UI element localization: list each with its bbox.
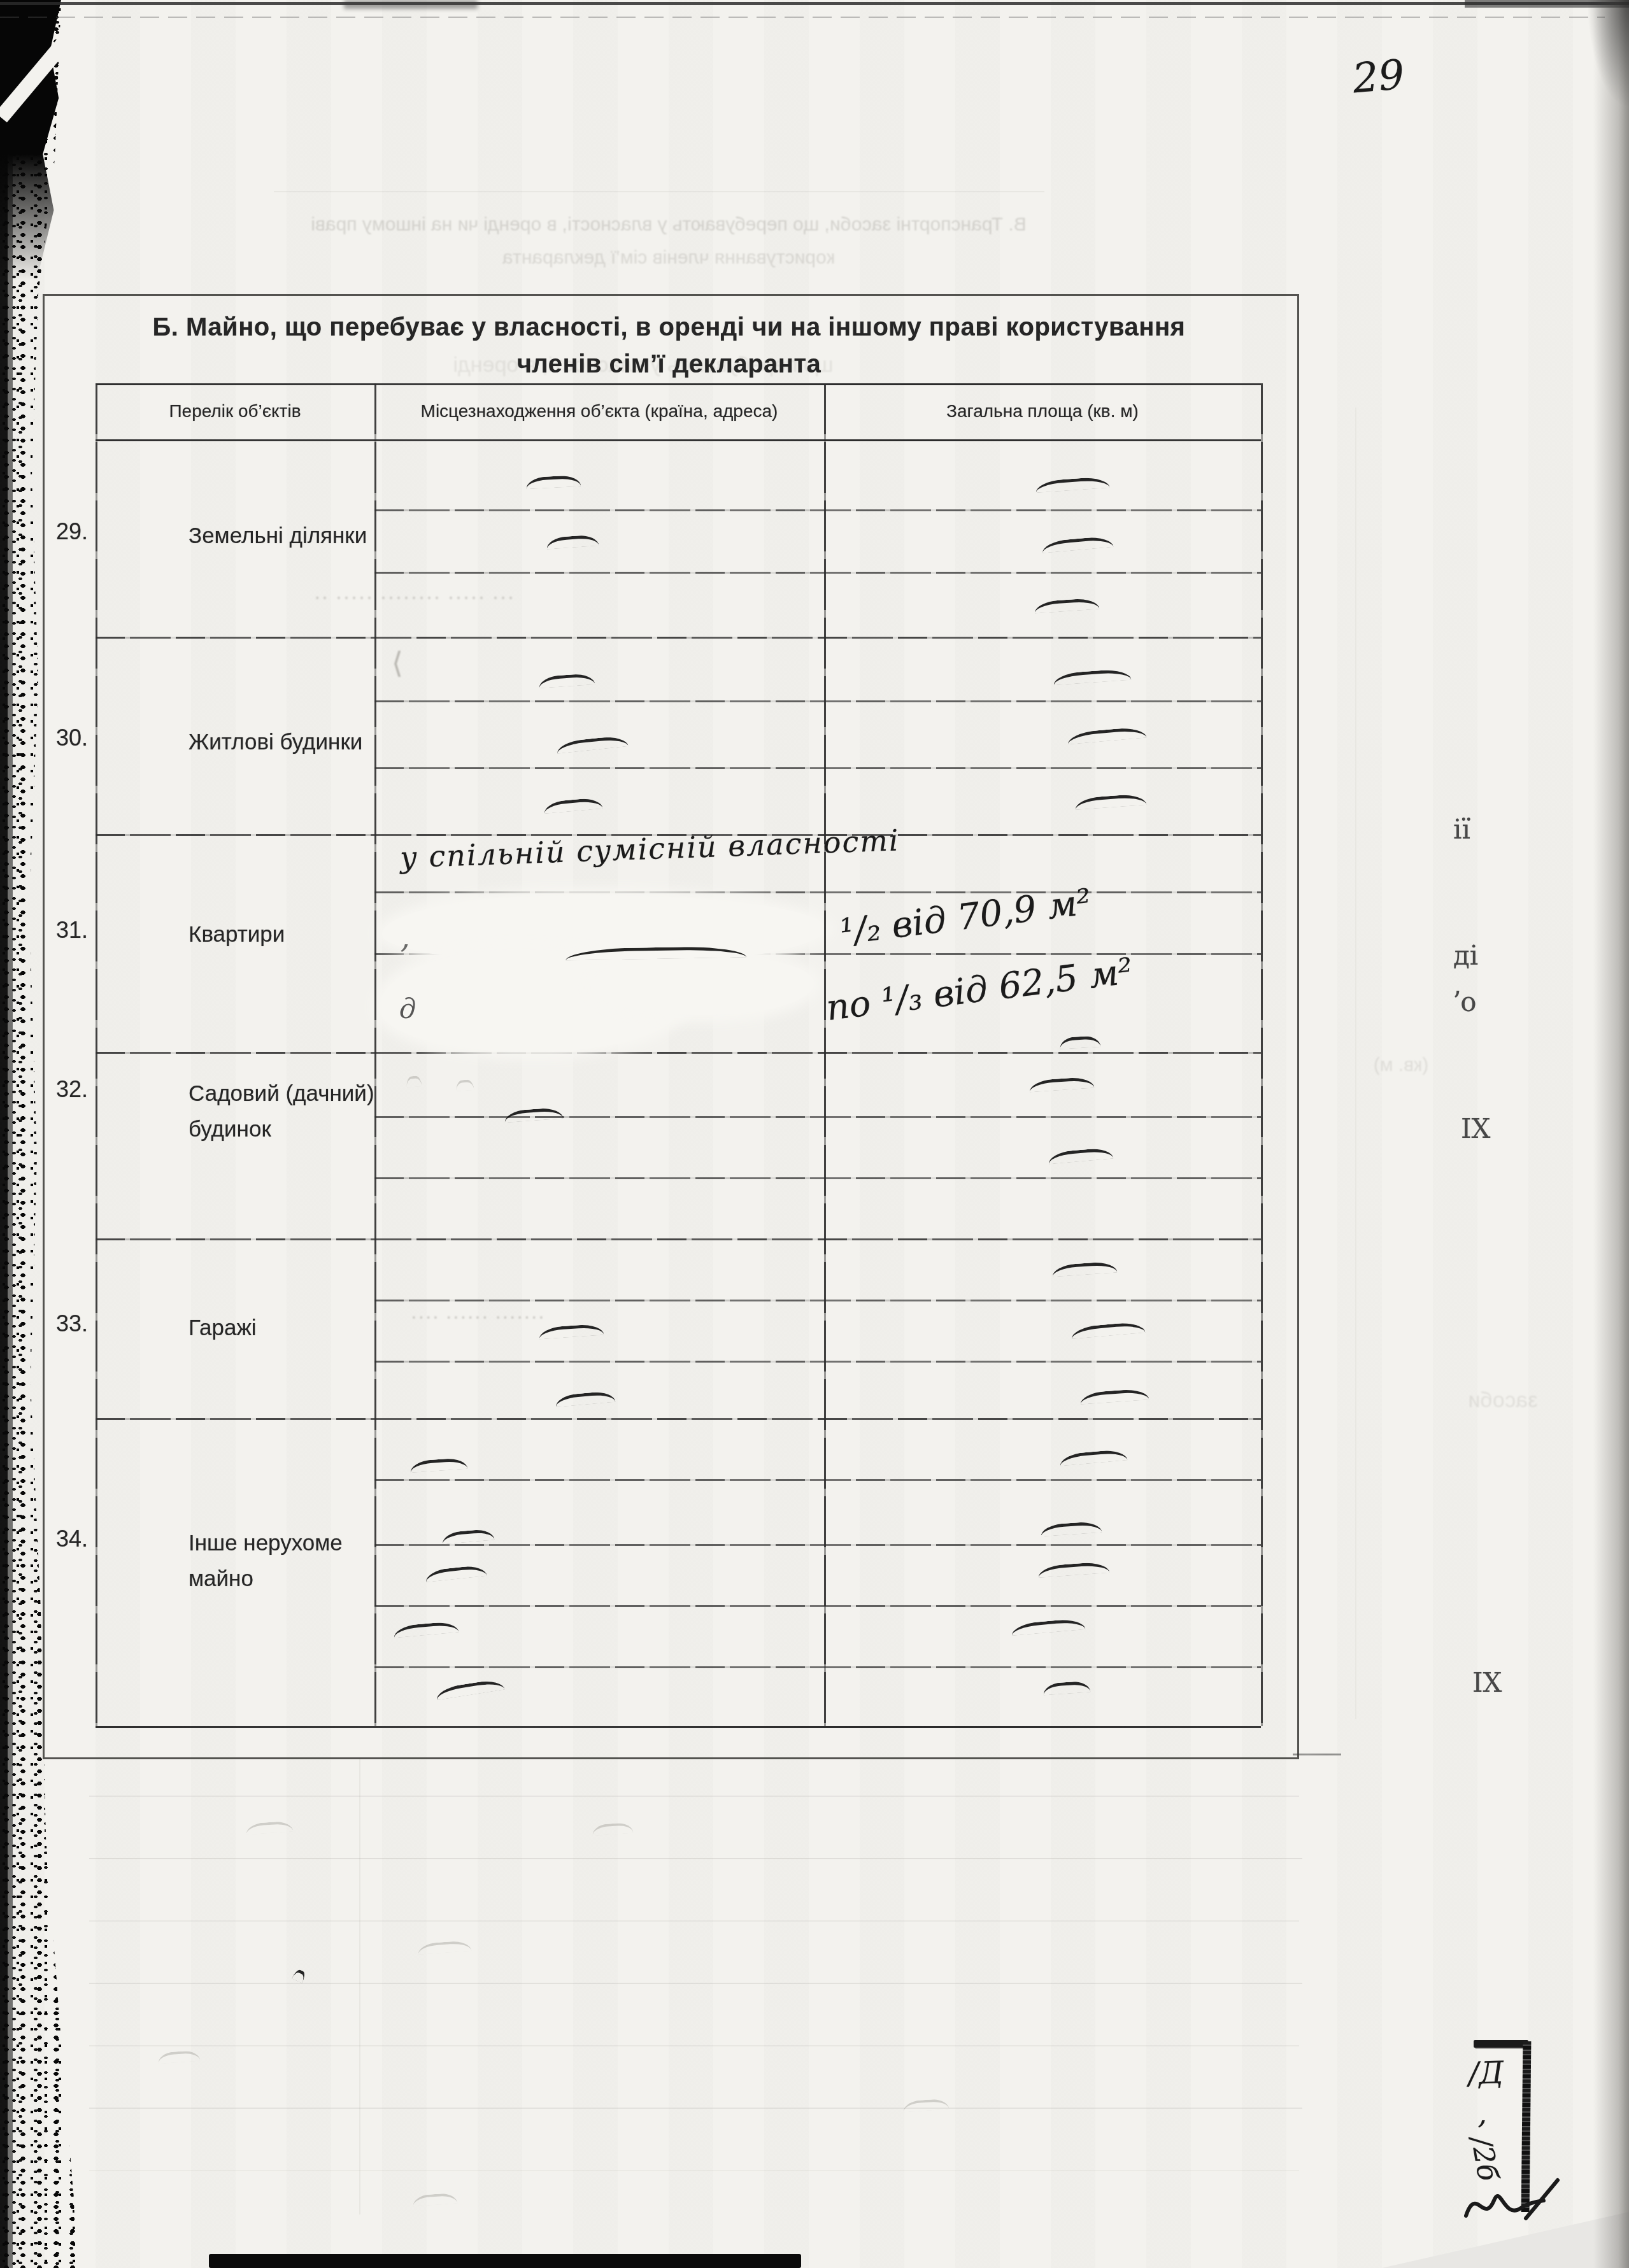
ghost-line	[89, 2170, 1299, 2171]
ghost-text: (кв. м)	[1325, 1054, 1477, 1076]
table-line	[96, 1726, 1261, 1728]
scan-artifact-top-line-faint	[0, 17, 1605, 18]
table-subrow-divider	[374, 1300, 1261, 1301]
margin-bleed-mark: ІХ	[1472, 1667, 1502, 1698]
section-title-line-2: членів сім’ї декларанта	[43, 350, 1295, 379]
margin-bleed-mark: ІХ	[1461, 1113, 1491, 1144]
margin-bleed-mark: ді	[1453, 940, 1478, 971]
ghost-line	[359, 1759, 360, 2215]
handwritten-corner-note: /Д	[1468, 2055, 1504, 2092]
table-subrow-divider	[374, 1361, 1261, 1363]
table-subrow-divider	[374, 1605, 1261, 1607]
table-row-divider	[96, 637, 1261, 639]
scan-shadow-top-right	[1587, 0, 1629, 108]
row-number: 31.	[56, 917, 115, 944]
table-subrow-divider	[374, 1666, 1261, 1668]
row-number: 32.	[56, 1076, 115, 1103]
ghost-line	[89, 1920, 1299, 1922]
margin-bleed-mark: ʼо	[1452, 986, 1477, 1017]
row-number: 30.	[56, 725, 115, 751]
table-subrow-divider	[374, 1544, 1261, 1546]
table-subrow-divider	[374, 767, 1261, 769]
table-column-divider	[96, 383, 97, 1726]
table-line	[1293, 1754, 1341, 1755]
row-label: Інше нерухоме майно	[189, 1526, 399, 1597]
row-label: Земельні ділянки	[189, 518, 399, 554]
row-label: Житлові будинки	[189, 725, 399, 760]
table-line	[96, 439, 1261, 441]
table-row-divider	[96, 1418, 1261, 1420]
scanned-declaration-page: В. Транспортні засоби, що перебувають у …	[0, 0, 1629, 2268]
table-subrow-divider	[374, 1479, 1261, 1481]
row-number: 33.	[56, 1310, 115, 1337]
ghost-text: ‚	[392, 919, 418, 955]
corner-bracket-mark	[1474, 2040, 1528, 2048]
ghost-text: д	[388, 993, 427, 1024]
row-label: Квартири	[189, 917, 399, 953]
scan-artifact-top-line	[0, 2, 1629, 5]
margin-bleed-mark: ії	[1453, 814, 1470, 845]
row-label: Садовий (дачний) будинок	[189, 1076, 399, 1147]
ghost-line	[89, 2045, 1299, 2046]
ghost-text: користування членів сім’ї декларанта	[217, 247, 1121, 269]
row-number: 29.	[56, 518, 115, 545]
table-column-divider	[824, 383, 826, 1726]
row-number: 34.	[56, 1526, 115, 1552]
section-title-line-1: Б. Майно, що перебуває у власності, в ор…	[43, 313, 1295, 342]
ghost-text: засоби	[1426, 1388, 1579, 1413]
row-label: Гаражі	[189, 1310, 399, 1346]
whiteout-patch	[592, 954, 814, 1015]
handwritten-page-number: 29	[1351, 52, 1407, 103]
table-row-divider	[96, 1238, 1261, 1240]
column-header-location: Місцезнаходження об’єкта (країна, адреса…	[374, 383, 824, 439]
table-subrow-divider	[374, 572, 1261, 574]
table-subrow-divider	[374, 509, 1261, 511]
column-header-area: Загальна площа (кв. м)	[824, 383, 1261, 439]
table-subrow-divider	[374, 1177, 1261, 1179]
scan-shadow-right	[1593, 0, 1629, 2268]
table-row-divider	[96, 1052, 1261, 1054]
ghost-text: В. Транспортні засоби, що перебувають у …	[217, 214, 1121, 236]
ghost-line	[1355, 408, 1356, 1719]
table-column-divider	[1261, 383, 1263, 1726]
ghost-line	[89, 1796, 1299, 1797]
ghost-line	[274, 191, 1044, 192]
table-column-divider	[374, 383, 376, 1726]
ghost-line	[89, 1983, 1302, 1984]
ghost-line	[89, 1858, 1302, 1859]
scanner-strip-bottom	[209, 2254, 801, 2268]
scan-smudge	[344, 0, 478, 9]
signature-scribble	[1462, 2174, 1570, 2234]
table-subrow-divider	[374, 700, 1261, 702]
handwritten-comma-mark: ‚	[1477, 2096, 1487, 2130]
column-header-objects: Перелік об’єктів	[96, 383, 374, 439]
table-subrow-divider	[374, 891, 1261, 893]
ghost-line	[89, 2108, 1302, 2109]
